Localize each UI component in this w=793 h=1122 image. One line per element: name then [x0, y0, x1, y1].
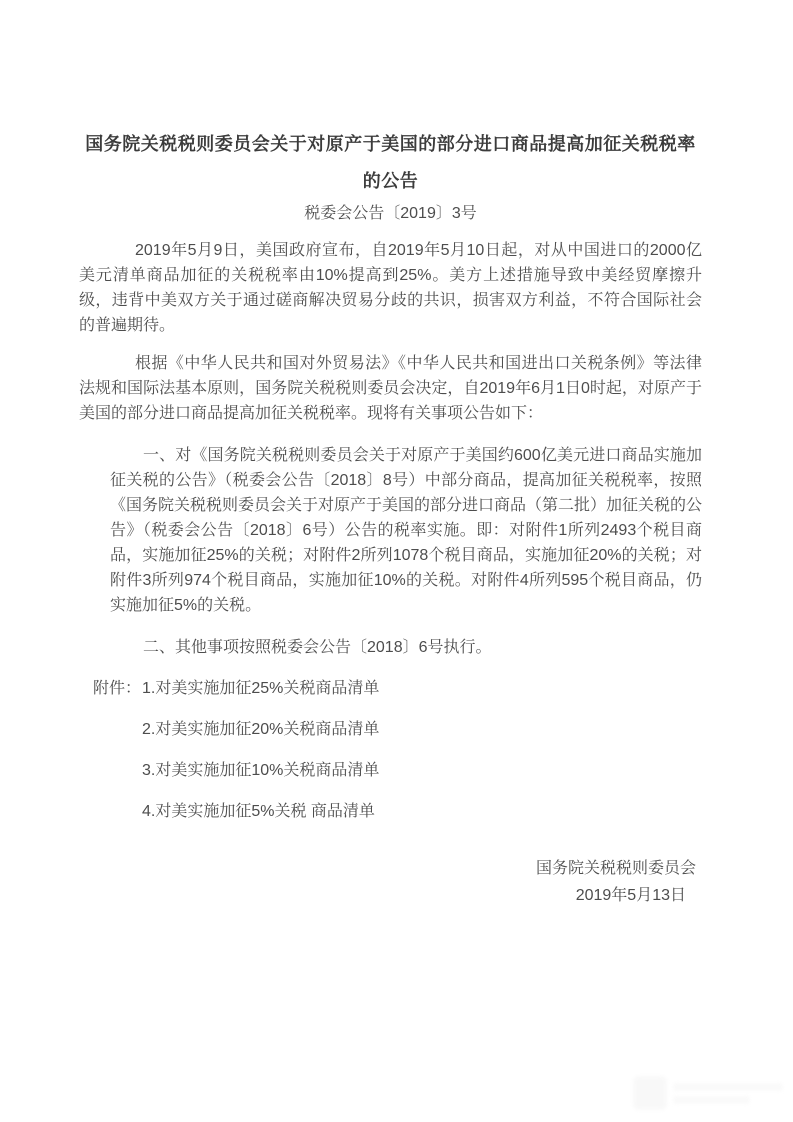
item-one-tariff-rates: 一、对《国务院关税税则委员会关于对原产于美国约600亿美元进口商品实施加征关税的… [110, 443, 702, 618]
document-content: 国务院关税税则委员会关于对原产于美国的部分进口商品提高加征关税税率的公告 税委会… [79, 126, 702, 909]
attachments-list: 1.对美实施加征25%关税商品清单 2.对美实施加征20%关税商品清单 3.对美… [142, 676, 702, 840]
document-number: 税委会公告〔2019〕3号 [79, 200, 702, 227]
issuer-signature: 国务院关税税则委员会 [79, 855, 702, 882]
item-two-other-matters: 二、其他事项按照税委会公告〔2018〕6号执行。 [110, 635, 702, 660]
attachment-item-3: 3.对美实施加征10%关税商品清单 [142, 758, 702, 783]
signature-block: 国务院关税税则委员会 2019年5月13日 [79, 855, 702, 909]
document-page: 国务院关税税则委员会关于对原产于美国的部分进口商品提高加征关税税率的公告 税委会… [0, 0, 793, 1122]
paragraph-legal-basis: 根据《中华人民共和国对外贸易法》《中华人民共和国进出口关税条例》等法律法规和国际… [79, 351, 702, 426]
document-title: 国务院关税税则委员会关于对原产于美国的部分进口商品提高加征关税税率的公告 [79, 126, 702, 200]
attachments-section: 附件： 1.对美实施加征25%关税商品清单 2.对美实施加征20%关税商品清单 … [93, 676, 702, 840]
attachment-item-4: 4.对美实施加征5%关税 商品清单 [142, 799, 702, 824]
watermark [633, 1070, 783, 1116]
attachments-label: 附件： [93, 676, 142, 840]
attachment-item-2: 2.对美实施加征20%关税商品清单 [142, 717, 702, 742]
watermark-text-smudge [673, 1078, 783, 1109]
issue-date: 2019年5月13日 [79, 882, 702, 909]
watermark-logo [633, 1076, 667, 1110]
paragraph-us-announcement: 2019年5月9日，美国政府宣布，自2019年5月10日起，对从中国进口的200… [79, 238, 702, 338]
attachment-item-1: 1.对美实施加征25%关税商品清单 [142, 676, 702, 701]
